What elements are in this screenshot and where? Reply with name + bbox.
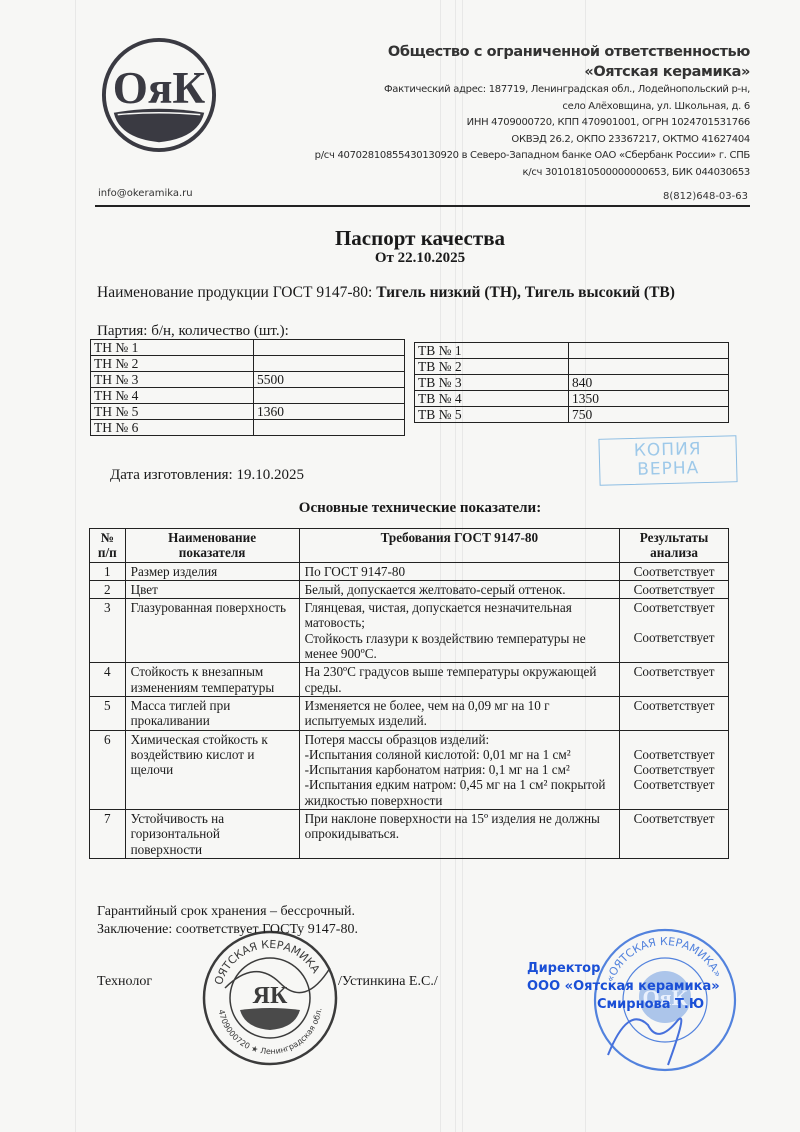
bank-line1: р/сч 40702810855430130920 в Северо-Запад…	[315, 148, 750, 165]
batch-quantity	[254, 356, 405, 372]
batch-quantity: 1350	[569, 391, 729, 407]
result-value: Соответствует	[623, 664, 725, 679]
header-name: Наименованиепоказателя	[125, 529, 299, 563]
bank-line2: к/сч 30101810500000000653, БИК 044030653	[315, 165, 750, 182]
batch-row: ТВ № 41350	[415, 391, 729, 407]
requirement-line: -Испытания соляной кислотой: 0,01 мг на …	[305, 747, 615, 762]
company-name-line2: «Оятская керамика»	[315, 62, 750, 82]
document-date: От 22.10.2025	[0, 250, 800, 267]
batch-row: ТВ № 1	[415, 343, 729, 359]
batch-quantity	[569, 343, 729, 359]
product-label: Наименование продукции ГОСТ 9147-80:	[97, 284, 376, 301]
batch-label: ТВ № 3	[415, 375, 569, 391]
result: Соответствует	[620, 810, 729, 859]
copy-stamp-line2: ВЕРНА	[600, 458, 736, 481]
requirement-line: Стойкость глазури к воздействию температ…	[305, 631, 615, 662]
result-value: Соответствует	[623, 582, 725, 597]
address-line1: Фактический адрес: 187719, Ленинградская…	[315, 82, 750, 99]
result-value: Соответствует	[623, 630, 725, 645]
row-number: 7	[90, 810, 126, 859]
header-divider	[95, 205, 750, 207]
batch-label: ТВ № 2	[415, 359, 569, 375]
technologist-label: Технолог	[97, 974, 152, 990]
tech-table-row: 3Глазурованная поверхностьГлянцевая, чис…	[90, 599, 729, 663]
batch-row: ТН № 35500	[91, 372, 405, 388]
batch-table-tv: ТВ № 1ТВ № 2ТВ № 3840ТВ № 41350ТВ № 5750	[414, 342, 729, 423]
product-value: Тигель низкий (ТН), Тигель высокий (ТВ)	[376, 284, 675, 301]
result: Соответствует	[620, 696, 729, 730]
indicator-name: Цвет	[125, 580, 299, 598]
company-info: Общество с ограниченной ответственностью…	[315, 42, 750, 181]
indicator-name: Глазурованная поверхность	[125, 599, 299, 663]
batch-row: ТН № 2	[91, 356, 405, 372]
director-signature-block: Директор ООО «Оятская керамика» Смирнова…	[527, 960, 720, 1014]
requirement: По ГОСТ 9147-80	[299, 562, 620, 580]
svg-text:ЯК: ЯК	[253, 983, 288, 1009]
tech-table-row: 5Масса тиглей при прокаливанииИзменяется…	[90, 696, 729, 730]
requirement-line: Белый, допускается желтовато-серый оттен…	[305, 582, 615, 597]
indicator-name: Химическая стойкость к воздействию кисло…	[125, 730, 299, 809]
batch-row: ТН № 6	[91, 420, 405, 436]
result: СоответствуетСоответствует	[620, 599, 729, 663]
batch-row: ТВ № 3840	[415, 375, 729, 391]
product-name: Наименование продукции ГОСТ 9147-80: Тиг…	[97, 284, 675, 302]
requirement: При наклоне поверхности на 15º изделия н…	[299, 810, 620, 859]
requirement: Белый, допускается желтовато-серый оттен…	[299, 580, 620, 598]
tech-table-row: 6Химическая стойкость к воздействию кисл…	[90, 730, 729, 809]
batch-row: ТН № 51360	[91, 404, 405, 420]
result-value: Соответствует	[623, 811, 725, 826]
party-label: Партия: б/н, количество (шт.):	[97, 323, 289, 340]
tech-table-row: 1Размер изделияПо ГОСТ 9147-80Соответств…	[90, 562, 729, 580]
director-name: Смирнова Т.Ю	[597, 996, 790, 1014]
director-title: Директор	[527, 960, 720, 978]
director-org: ООО «Оятская керамика»	[527, 978, 720, 996]
requirement-line: -Испытания карбонатом натрия: 0,1 мг на …	[305, 762, 615, 777]
result: Соответствует	[620, 663, 729, 697]
address-line2: село Алёховщина, ул. Школьная, д. 6	[315, 99, 750, 116]
scan-artifact	[75, 0, 76, 1132]
indicator-name: Размер изделия	[125, 562, 299, 580]
row-number: 5	[90, 696, 126, 730]
batch-quantity	[254, 388, 405, 404]
ids-line2: ОКВЭД 26.2, ОКПО 23367217, ОКТМО 4162740…	[315, 132, 750, 149]
requirement-line: Глянцевая, чистая, допускается незначите…	[305, 600, 615, 631]
tech-table-row: 7Устойчивость на горизонтальной поверхно…	[90, 810, 729, 859]
batch-label: ТВ № 1	[415, 343, 569, 359]
result-value: Соответствует	[623, 747, 725, 762]
header-res: Результатыанализа	[620, 529, 729, 563]
batch-quantity	[569, 359, 729, 375]
batch-quantity	[254, 340, 405, 356]
requirement: Потеря массы образцов изделий:-Испытания…	[299, 730, 620, 809]
result: Соответствует	[620, 580, 729, 598]
row-number: 6	[90, 730, 126, 809]
copy-verified-stamp: КОПИЯ ВЕРНА	[598, 435, 737, 486]
batch-label: ТН № 6	[91, 420, 254, 436]
header-req: Требования ГОСТ 9147-80	[299, 529, 620, 563]
company-email: info@okeramika.ru	[98, 188, 193, 199]
batch-quantity: 840	[569, 375, 729, 391]
batch-label: ТН № 2	[91, 356, 254, 372]
requirement: Глянцевая, чистая, допускается незначите…	[299, 599, 620, 663]
indicator-name: Масса тиглей при прокаливании	[125, 696, 299, 730]
manufacture-date: Дата изготовления: 19.10.2025	[110, 467, 304, 484]
batch-label: ТВ № 5	[415, 407, 569, 423]
batch-table-tn: ТН № 1ТН № 2ТН № 35500ТН № 4ТН № 51360ТН…	[90, 339, 405, 436]
tech-table-row: 4Стойкость к внезапным изменениям темпер…	[90, 663, 729, 697]
result-value: Соответствует	[623, 600, 725, 615]
indicator-name: Стойкость к внезапным изменениям темпера…	[125, 663, 299, 697]
requirement: Изменяется не более, чем на 0,09 мг на 1…	[299, 696, 620, 730]
batch-quantity	[254, 420, 405, 436]
technologist-name: /Устинкина Е.С./	[338, 974, 438, 990]
result-value: Соответствует	[623, 564, 725, 579]
company-name-line1: Общество с ограниченной ответственностью	[315, 42, 750, 62]
result-value	[623, 732, 725, 747]
batch-label: ТН № 5	[91, 404, 254, 420]
result: Соответствует	[620, 562, 729, 580]
row-number: 1	[90, 562, 126, 580]
result: СоответствуетСоответствуетСоответствует	[620, 730, 729, 809]
result-value: Соответствует	[623, 698, 725, 713]
requirement-line: На 230ºС градусов выше температуры окруж…	[305, 664, 615, 695]
tech-heading: Основные технические показатели:	[0, 500, 800, 517]
result-value: Соответствует	[623, 777, 725, 792]
requirement-line: По ГОСТ 9147-80	[305, 564, 615, 579]
company-seal-stamp-icon: ОЯТСКАЯ КЕРАМИКА 4709000720 ★ Ленинградс…	[200, 928, 340, 1068]
row-number: 4	[90, 663, 126, 697]
row-number: 2	[90, 580, 126, 598]
indicator-name: Устойчивость на горизонтальной поверхнос…	[125, 810, 299, 859]
company-logo-icon: ОяК	[100, 36, 218, 154]
batch-quantity: 1360	[254, 404, 405, 420]
requirement-line: -Испытания едким натром: 0,45 мг на 1 см…	[305, 777, 615, 808]
batch-label: ТВ № 4	[415, 391, 569, 407]
row-number: 3	[90, 599, 126, 663]
batch-quantity: 750	[569, 407, 729, 423]
warranty-text: Гарантийный срок хранения – бессрочный.	[97, 903, 358, 921]
batch-row: ТВ № 2	[415, 359, 729, 375]
ids-line1: ИНН 4709000720, КПП 470901001, ОГРН 1024…	[315, 115, 750, 132]
batch-quantity: 5500	[254, 372, 405, 388]
batch-row: ТН № 4	[91, 388, 405, 404]
tech-table-header: №п/п Наименованиепоказателя Требования Г…	[90, 529, 729, 563]
requirement-line: Изменяется не более, чем на 0,09 мг на 1…	[305, 698, 615, 729]
batch-label: ТН № 1	[91, 340, 254, 356]
batch-row: ТН № 1	[91, 340, 405, 356]
requirement: На 230ºС градусов выше температуры окруж…	[299, 663, 620, 697]
document-title: Паспорт качества	[0, 226, 800, 251]
tech-table-row: 2ЦветБелый, допускается желтовато-серый …	[90, 580, 729, 598]
company-phone: 8(812)648-03-63	[663, 191, 748, 202]
batch-label: ТН № 3	[91, 372, 254, 388]
batch-label: ТН № 4	[91, 388, 254, 404]
batch-row: ТВ № 5750	[415, 407, 729, 423]
tech-table: №п/п Наименованиепоказателя Требования Г…	[89, 528, 729, 859]
requirement-line: Потеря массы образцов изделий:	[305, 732, 615, 747]
result-value: Соответствует	[623, 762, 725, 777]
svg-text:ОяК: ОяК	[113, 63, 206, 113]
requirement-line: При наклоне поверхности на 15º изделия н…	[305, 811, 615, 842]
header-num: №п/п	[90, 529, 126, 563]
